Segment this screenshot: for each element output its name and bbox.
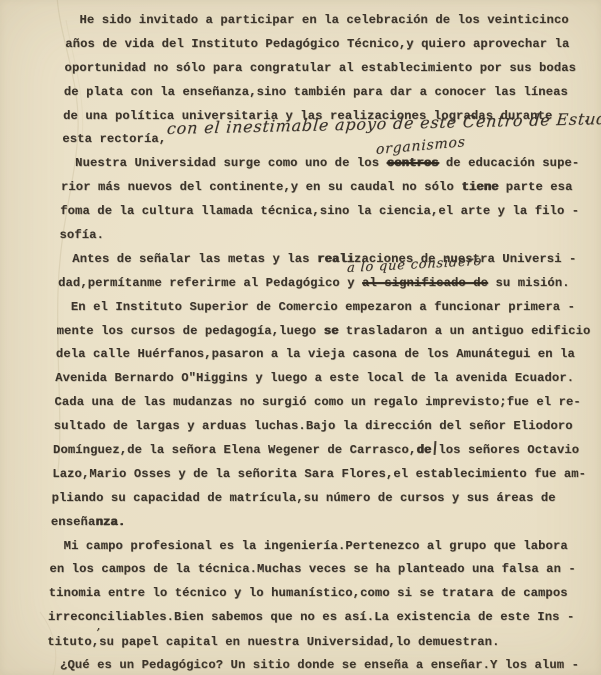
typed-text: Avenida Bernardo O"Higgins y luego a est… [55, 371, 574, 385]
typed-line: oportunidad no sólo para congratular al … [65, 57, 601, 81]
typed-text: Mi campo profesional es la ingeniería.Pe… [64, 539, 568, 553]
typed-text: esta rectoría, [62, 132, 166, 146]
typed-text: rior más nuevos del continente,y en su c… [61, 180, 461, 194]
typed-line: He sido invitado a participar en la cele… [80, 9, 601, 33]
typed-text: los señores Octavio [438, 443, 579, 457]
typed-text: He sido invitado a participar en la cele… [80, 13, 569, 27]
typed-text: su papel capital en nuestra Universidad,… [99, 635, 499, 649]
typed-text: nza. [95, 515, 125, 529]
typed-text: parte esa [498, 180, 572, 194]
typed-line: dad,permítanme referirme al Pedagógico y… [58, 272, 601, 296]
typed-line: años de vida del Instituto Pedagógico Té… [65, 33, 601, 57]
typed-text: tinomia entre lo técnico y lo humanístic… [49, 586, 568, 600]
typed-text-block: He sido invitado a participar en la cele… [0, 9, 601, 675]
typed-text: mente los cursos de pedagogía,luego [57, 324, 324, 338]
typed-text: Cada una de las mudanzas no surgió como … [54, 395, 580, 409]
typed-line: sultado de largas y arduas luchas.Bajo l… [54, 415, 601, 439]
typed-text: pliando su capacidad de matrícula,su núm… [52, 491, 556, 505]
typed-line: Nuestra Universidad surge como uno de lo… [75, 152, 601, 176]
typed-line: ¿Qué es un Pedagógico? Un sitio donde se… [60, 654, 601, 675]
typed-line: Cada una de las mudanzas no surgió como … [54, 391, 601, 415]
typed-text: tituto, [47, 635, 99, 649]
typed-text: En el Instituto Superior de Comercio emp… [71, 300, 575, 314]
typed-line: Antes de señalar las metas y las realiza… [72, 248, 601, 272]
typed-line: dela calle Huérfanos,pasaron a la vieja … [56, 343, 601, 367]
typed-line: mente los cursos de pedagogía,luego se t… [57, 320, 601, 344]
typed-line: enseñanza. [51, 511, 601, 535]
typed-text: de [416, 443, 431, 457]
typed-line: foma de la cultura llamada técnica,sino … [60, 200, 601, 224]
typed-text: sofía. [60, 228, 104, 242]
typed-line: sofía. [60, 224, 601, 248]
typed-line: En el Instituto Superior de Comercio emp… [71, 296, 601, 320]
typed-line: pliando su capacidad de matrícula,su núm… [52, 487, 601, 511]
struck-text: centros [387, 156, 439, 170]
typed-text: oportunidad no sólo para congratular al … [65, 61, 577, 75]
typed-text: en los campos de la técnica.Muchas veces… [49, 562, 575, 576]
typed-text: trasladaron a un antiguo edificio [338, 324, 590, 338]
typed-text: Antes de señalar las metas y las [72, 252, 317, 266]
typed-text: Nuestra Universidad surge como uno de lo… [75, 156, 386, 170]
typed-text: foma de la cultura llamada técnica,sino … [60, 204, 579, 218]
typed-text: dela calle Huérfanos,pasaron a la vieja … [56, 347, 575, 361]
typed-text: años de vida del Instituto Pedagógico Té… [65, 37, 569, 51]
typed-line: de plata con la enseñanza,sino también p… [64, 81, 601, 105]
typed-text: sultado de largas y arduas luchas.Bajo l… [54, 419, 573, 433]
typed-text: irreconciliables.Bien sabemos que no es … [48, 610, 574, 624]
typed-line: Mi campo profesional es la ingeniería.Pe… [64, 535, 601, 559]
struck-text: al significado de [362, 276, 488, 290]
pen-mark [433, 441, 436, 455]
typed-text: enseña [51, 515, 95, 529]
typed-line: en los campos de la técnica.Muchas veces… [49, 558, 601, 582]
typed-text: tiene [461, 180, 498, 194]
typed-text: ¿Qué es un Pedagógico? Un sitio donde se… [60, 658, 579, 672]
typed-text: de plata con la enseñanza,sino también p… [64, 85, 568, 99]
typed-text: se [324, 324, 339, 338]
typed-text: Lazo,Mario Osses y de la señorita Sara F… [52, 467, 586, 481]
typed-line: rior más nuevos del continente,y en su c… [61, 176, 601, 200]
typed-text: dad,permítanme referirme al Pedagógico y [58, 276, 362, 290]
typed-line: Lazo,Mario Osses y de la señorita Sara F… [52, 463, 601, 487]
typed-text: Domínguez,de la señora Elena Wegener de … [53, 443, 416, 457]
typed-text: su misión. [488, 276, 570, 290]
typed-text: de educación supe- [438, 156, 579, 170]
typed-line: tinomia entre lo técnico y lo humanístic… [49, 582, 601, 606]
typed-line: irreconciliables.Bien sabemos que no es … [48, 606, 601, 630]
document-page: He sido invitado a participar en la cele… [0, 0, 601, 675]
typed-line: Avenida Bernardo O"Higgins y luego a est… [55, 367, 601, 391]
typed-line: Domínguez,de la señora Elena Wegener de … [53, 439, 601, 463]
typed-line: tituto,’su papel capital en nuestra Univ… [47, 630, 601, 654]
